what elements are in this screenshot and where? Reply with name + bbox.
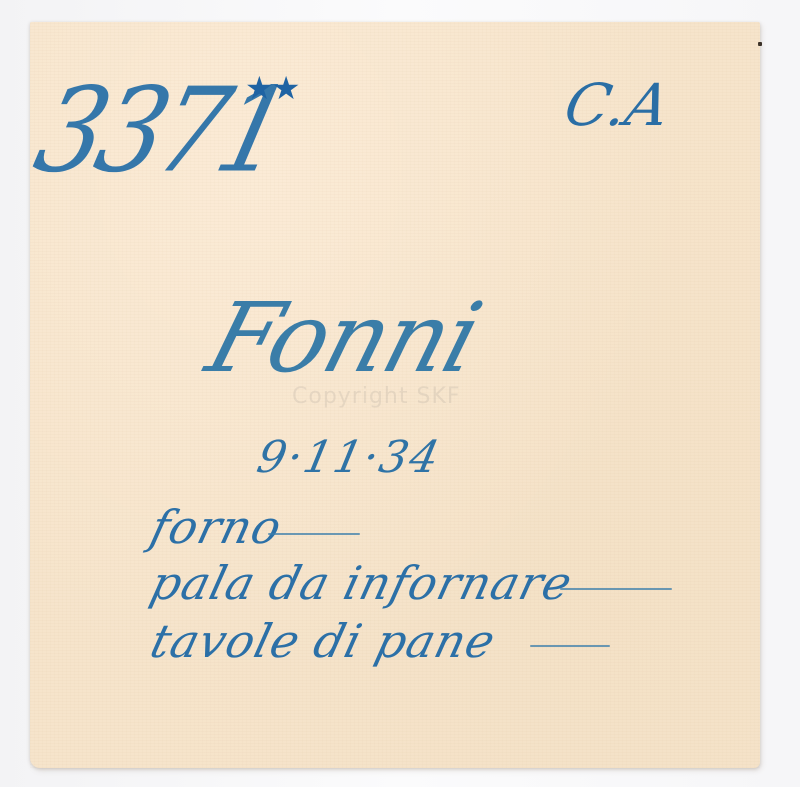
date: 9·11·34 — [253, 436, 444, 480]
pen-tail-stroke — [560, 588, 672, 590]
description-line: forno — [146, 504, 287, 550]
scan-background: 3371 ★★ C.A Fonni Copyright SKF 9·11·34 … — [0, 0, 800, 787]
catalog-star-marks: ★★ — [245, 72, 298, 104]
pen-tail-stroke — [530, 645, 610, 647]
place-name: Fonni — [198, 290, 489, 386]
copyright-watermark: Copyright SKF — [292, 384, 461, 409]
description-line: pala da infornare — [146, 560, 577, 606]
collector-initials: C.A — [560, 76, 675, 134]
pen-tail-stroke — [268, 533, 360, 535]
paper-speck — [758, 42, 762, 46]
description-line: tavole di pane — [146, 618, 500, 664]
